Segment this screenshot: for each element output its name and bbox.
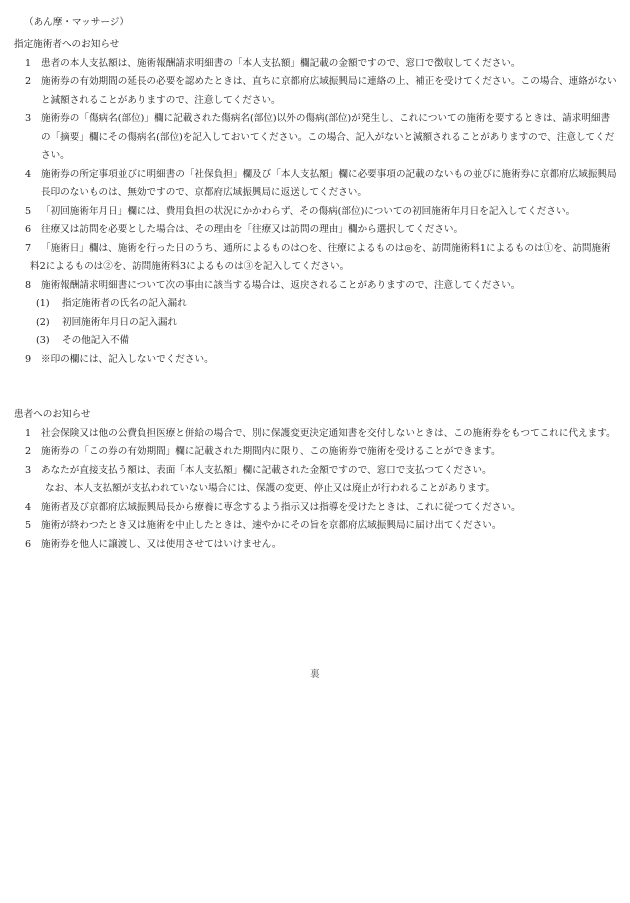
patient-notice-item: 4施術者及び京都府広域振興局長から療養に専念するよう指示又は指導を受けたときは、… [14, 499, 618, 518]
item-text: 施術報酬請求明細書について次の事由に該当する場合は、返戻されることがありますので… [41, 280, 520, 291]
item-text: ※印の欄には、記入しないでください。 [41, 354, 214, 365]
item-text: 施術者及び京都府広域振興局長から療養に専念するよう指示又は指導を受けたときは、こ… [41, 502, 521, 513]
item-text: 施術券の有効期間の延長の必要を認めたときは、直ちに京都府広域振興局に連絡の上、補… [41, 76, 617, 106]
practitioner-notice-item: 2施術券の有効期間の延長の必要を認めたときは、直ちに京都府広域振興局に連絡の上、… [14, 73, 618, 110]
subitem-text: その他記入不備 [62, 335, 129, 346]
practitioner-notice-item: 7「施術日」欄は、施術を行った日のうち、通所によるものは○を、往療によるものは◎… [14, 240, 618, 277]
item-number: 3 [25, 462, 41, 481]
subitem-number: (1) [36, 295, 62, 314]
item-text: 「初回施術年月日」欄には、費用負担の状況にかかわらず、その傷病(部位)についての… [41, 206, 575, 217]
patient-notice-item: 1社会保険又は他の公費負担医療と併給の場合で、別に保護変更決定通知書を交付しない… [14, 425, 618, 444]
patient-notice-section: 患者へのお知らせ 1社会保険又は他の公費負担医療と併給の場合で、別に保護変更決定… [14, 406, 618, 554]
subitem-number: (3) [36, 332, 62, 351]
document-page: （あん摩・マッサージ） 指定施術者へのお知らせ 1患者の本人支払額は、施術報酬請… [0, 0, 630, 903]
patient-notice-item: 5施術が終わつたとき又は施術を中止したときは、速やかにその旨を京都府広域振興局に… [14, 517, 618, 536]
item-number: 2 [25, 73, 41, 92]
item-text: 施術券の「傷病名(部位)」欄に記載された傷病名(部位)以外の傷病(部位)が発生し… [41, 113, 614, 161]
item-number: 3 [25, 110, 41, 129]
subitem-text: 指定施術者の氏名の記入漏れ [62, 298, 187, 309]
patient-notice-item: 3あなたが直接支払う額は、表面「本人支払額」欄に記載された金額ですので、窓口で支… [14, 462, 618, 481]
practitioner-notice-subitem: (3)その他記入不備 [14, 332, 618, 351]
item-number: 7 [25, 240, 41, 259]
item-text: 往療又は訪問を必要とした場合は、その理由を「往療又は訪問の理由」欄から選択してく… [41, 224, 463, 235]
subitem-text: 初回施術年月日の記入漏れ [62, 317, 177, 328]
item-text: 施術券を他人に譲渡し、又は使用させてはいけません。 [41, 539, 281, 550]
practitioner-notice-subitem: (1)指定施術者の氏名の記入漏れ [14, 295, 618, 314]
patient-notice-item: 6施術券を他人に譲渡し、又は使用させてはいけません。 [14, 536, 618, 555]
item-text: 施術券の「この券の有効期間」欄に記載された期間内に限り、この施術券で施術を受ける… [41, 446, 501, 457]
document-subtitle: （あん摩・マッサージ） [24, 14, 129, 33]
item-text: 社会保険又は他の公費負担医療と併給の場合で、別に保護変更決定通知書を交付しないと… [41, 428, 616, 439]
item-number: 1 [25, 55, 41, 74]
item-number: 9 [25, 351, 41, 370]
item-number: 6 [25, 536, 41, 555]
item-text: 「施術日」欄は、施術を行った日のうち、通所によるものは○を、往療によるものは◎を… [30, 243, 611, 273]
patient-notice-item3-note: なお、本人支払額が支払われていない場合には、保護の変更、停止又は廃止が行われるこ… [14, 480, 618, 499]
item-text: 施術が終わつたとき又は施術を中止したときは、速やかにその旨を京都府広域振興局に届… [41, 520, 502, 531]
practitioner-notice-heading: 指定施術者へのお知らせ [14, 36, 618, 55]
item-number: 5 [25, 203, 41, 222]
practitioner-notice-item: 6往療又は訪問を必要とした場合は、その理由を「往療又は訪問の理由」欄から選択して… [14, 221, 618, 240]
practitioner-notice-item: 4施術券の所定事項並びに明細書の「社保負担」欄及び「本人支払額」欄に必要事項の記… [14, 166, 618, 203]
item-number: 2 [25, 443, 41, 462]
item-number: 1 [25, 425, 41, 444]
practitioner-notice-section: 指定施術者へのお知らせ 1患者の本人支払額は、施術報酬請求明細書の「本人支払額」… [14, 36, 618, 369]
item-text: 患者の本人支払額は、施術報酬請求明細書の「本人支払額」欄記載の金額ですので、窓口… [41, 58, 521, 69]
practitioner-notice-subitem: (2)初回施術年月日の記入漏れ [14, 314, 618, 333]
subitem-number: (2) [36, 314, 62, 333]
item-text: あなたが直接支払う額は、表面「本人支払額」欄に記載された金額ですので、窓口で支払… [41, 465, 492, 476]
practitioner-notice-item: 8施術報酬請求明細書について次の事由に該当する場合は、返戻されることがありますの… [14, 277, 618, 296]
patient-notice-heading: 患者へのお知らせ [14, 406, 618, 425]
practitioner-notice-item: 5「初回施術年月日」欄には、費用負担の状況にかかわらず、その傷病(部位)について… [14, 203, 618, 222]
item-number: 4 [25, 166, 41, 185]
back-side-mark: 裏 [310, 666, 320, 685]
item-text: 施術券の所定事項並びに明細書の「社保負担」欄及び「本人支払額」欄に必要事項の記載… [41, 169, 617, 199]
practitioner-notice-item: 1患者の本人支払額は、施術報酬請求明細書の「本人支払額」欄記載の金額ですので、窓… [14, 55, 618, 74]
practitioner-notice-item: 9※印の欄には、記入しないでください。 [14, 351, 618, 370]
item-number: 6 [25, 221, 41, 240]
item-number: 8 [25, 277, 41, 296]
practitioner-notice-item: 3施術券の「傷病名(部位)」欄に記載された傷病名(部位)以外の傷病(部位)が発生… [14, 110, 618, 166]
patient-notice-item: 2施術券の「この券の有効期間」欄に記載された期間内に限り、この施術券で施術を受け… [14, 443, 618, 462]
item-number: 4 [25, 499, 41, 518]
item-number: 5 [25, 517, 41, 536]
